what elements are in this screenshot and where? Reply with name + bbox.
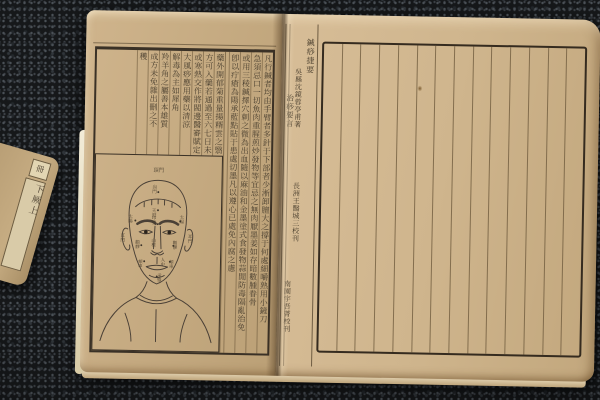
acupoint-label: 顴髎 <box>134 239 139 251</box>
acupoint-label: 耳門 <box>187 233 192 244</box>
acupoint-label: 頰車 <box>137 258 142 270</box>
text-column: 羚羊角之屬善本雄質 <box>157 50 170 155</box>
text-column: 穫 <box>135 50 148 156</box>
left-page-full-columns: 凡行鍼者均由手臂者多針于下部者少淅卸膻大之撐于何處細嚼熟用小鏟刀 急須忌口一切魚… <box>219 52 273 354</box>
section-title: 治痧要言 <box>286 94 294 128</box>
paper-stain <box>417 85 422 91</box>
face-acupoint-diagram: 頂門 囟門 天庭 太陽 太陽 印堂 山根 顴髎 顴髎 人中 頰車 頰車 承漿 <box>92 154 222 351</box>
acupoint-label: 囟門 <box>152 183 157 194</box>
side-book-label-top: 冊 <box>28 159 51 182</box>
acupoint-label: 耳門 <box>120 232 125 243</box>
face-acupoint-diagram-frame: 頂門 囟門 天庭 太陽 太陽 印堂 山根 顴髎 顴髎 人中 頰車 頰車 承漿 <box>91 153 223 352</box>
imprint-publisher: 長洲王醫城三校刊 <box>291 182 299 242</box>
left-page-text-frame: 藥外開郁菊重量揚糈雲之翳 方可入藥若通過至六七日未 或寒熱交作將閥邊醫審賦定 大… <box>89 46 275 355</box>
side-book: 冊 下厥上 <box>0 141 61 287</box>
acupoint-label: 人中 <box>160 256 165 268</box>
text-column: 方可入藥若通過至六七日未 <box>201 51 214 155</box>
book-title: 鍼痧捷要 <box>306 38 315 74</box>
acupoint-label: 頂門 <box>153 166 164 174</box>
acupoint-label: 太陽 <box>127 213 132 225</box>
left-page: 藥外開郁菊重量揚糈雲之翳 方可入藥若通過至六七日未 或寒熱交作將閥邊醫審賦定 大… <box>80 10 283 376</box>
acupoint-label: 山根 <box>150 237 155 249</box>
imprint-secondary: 南園宇吾菁校刊 <box>283 280 291 333</box>
text-column: 成方未免雜出刪之不 <box>146 50 159 155</box>
author-line: 吳縣沈鏡蓉亭甫著 <box>294 68 302 128</box>
open-book: 藥外開郁菊重量揚糈雲之翳 方可入藥若通過至六七日未 或寒熱交作將閥邊醫審賦定 大… <box>80 10 600 382</box>
acupoint-label: 太陽 <box>179 214 184 226</box>
acupoint-label: 顴髎 <box>172 239 177 251</box>
right-page-ruled-area <box>316 42 587 358</box>
acupoint-label: 印堂 <box>151 214 156 225</box>
side-book-label: 下厥上 <box>0 177 46 271</box>
right-page: 鍼痧捷要 吳縣沈鏡蓉亭甫著 治痧要言 長洲王醫城三校刊 南園宇吾菁校刊 <box>276 14 600 382</box>
text-column: 或寒熱交作將閥邊醫審賦定 <box>190 51 203 156</box>
acupoint-label: 頰車 <box>168 259 173 271</box>
acupoint-label: 承漿 <box>156 272 161 284</box>
right-page-title-strip: 鍼痧捷要 吳縣沈鏡蓉亭甫著 治痧要言 長洲王醫城三校刊 南園宇吾菁校刊 <box>279 24 319 367</box>
text-column: 解毒為主如犀角 <box>168 51 181 156</box>
text-column: 大風痧應用藥以清涼 <box>179 51 192 156</box>
left-page-left-zone: 藥外開郁菊重量揚糈雲之翳 方可入藥若通過至六七日未 或寒熱交作將閥邊醫審賦定 大… <box>91 49 225 352</box>
left-page-short-columns: 藥外開郁菊重量揚糈雲之翳 方可入藥若通過至六七日未 或寒熱交作將閥邊醫審賦定 大… <box>95 49 225 155</box>
